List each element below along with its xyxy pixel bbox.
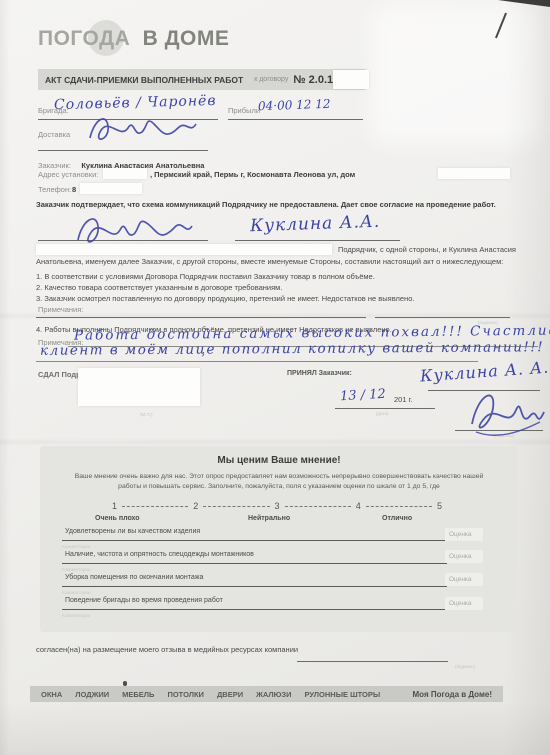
footer-category-bar: ОКНА ЛОДЖИИ МЕБЕЛЬ ПОТОЛКИ ДВЕРИ ЖАЛЮЗИ … [30,686,503,702]
survey-line-1 [62,540,447,541]
address-label: Адрес установки: [38,170,98,179]
delivery-signature [82,106,202,151]
footer-item-okna: ОКНА [41,690,62,699]
accepted-label: ПРИНЯЛ Заказчик: [287,370,352,377]
act-title-bar: АКТ СДАЧИ-ПРИЕМКИ ВЫПОЛНЕННЫХ РАБОТ к до… [38,69,365,90]
survey-question-4: Поведение бригады во время проведения ра… [65,597,223,604]
feedback-survey-panel: Мы ценим Ваше мнение! Ваше мнение очень … [40,446,518,632]
logo-word-1: ПОГОДА [38,27,130,50]
scan-bottom-shadow [0,700,550,755]
act-item-3: 3. Заказчик осмотрел поставленную по дог… [36,293,526,304]
arrived-label: Прибыли [228,106,260,115]
footer-item-mebel: МЕБЕЛЬ [122,690,154,699]
survey-intro: Ваше мнение очень важно для нас. Этот оп… [64,472,494,491]
date-year: 201 г. [394,395,413,404]
scale-dash [285,506,351,507]
customer-label: Заказчик: [38,161,71,170]
score-placeholder-2: Оценка [449,553,472,560]
scale-number-2: 2 [193,501,198,511]
date-handwritten: 13 / 12 [340,387,386,404]
redaction-address-2 [438,168,510,179]
consent-text: согласен(на) на размещение моего отзыва … [36,645,298,654]
footer-slogan: Моя Погода в Доме! [413,690,492,699]
survey-line-4 [62,609,447,610]
survey-question-1: Удовлетворены ли вы качеством изделия [65,528,200,535]
footer-item-shtory: РУЛОННЫЕ ШТОРЫ [304,690,380,699]
review-line-2 [36,361,478,362]
comment-hint-4: Комментарии [62,613,90,618]
rating-scale: 1 2 3 4 5 [112,501,442,511]
score-box-3: Оценка [445,573,483,586]
survey-line-3 [62,586,447,587]
scan-left-shadow [0,0,10,755]
notes-label-1: Примечания: [38,305,83,314]
score-box-2: Оценка [445,550,483,563]
survey-question-2: Наличие, чистота и опрятность спецодежды… [65,551,254,558]
comment-hint-3: Комментарии [62,590,90,595]
scale-dash [203,506,269,507]
delivery-label: Доставка [38,130,70,139]
scale-number-1: 1 [112,501,117,511]
score-placeholder-1: Оценка [449,531,472,538]
score-placeholder-3: Оценка [449,576,472,583]
address-value: , Пермский край, Пермь г, Космонавта Лео… [150,170,355,179]
scale-number-4: 4 [356,501,361,511]
redaction-address-1 [103,168,147,179]
act-items: 1. В соответствии с условиями Договора П… [36,271,526,305]
score-box-1: Оценка [445,528,483,541]
contract-label: к договору [254,76,288,83]
consent-sign-line [297,661,448,662]
redaction-phone [80,183,142,194]
scan-corner-edge [498,0,550,7]
footer-item-potolki: ПОТОЛКИ [167,690,204,699]
scale-number-5: 5 [437,501,442,511]
phone-label: Телефон: [38,185,71,194]
score-placeholder-4: Оценка [449,600,472,607]
scale-dash [122,506,188,507]
customer-signature-name: Куклина А.А. [250,212,381,237]
redaction-contractor-signature [78,368,200,406]
footer-item-zhalyuzi: ЖАЛЮЗИ [256,690,291,699]
sign-caption-consent: (подпись) [455,664,475,669]
arrived-handwritten: 04·00 12 12 [258,97,331,114]
company-logo: ПОГОДА В ДОМЕ [38,27,229,51]
customer-signature-scribble [68,206,198,254]
comment-hint-2: Комментарии [62,567,90,572]
scale-label-bad: Очень плохо [95,515,140,522]
act-item-2: 2. Качество товара соответствует указанн… [36,282,526,293]
scale-label-neutral: Нейтрально [248,515,290,522]
survey-line-2 [62,563,447,564]
act-item-1: 1. В соответствии с условиями Договора П… [36,271,526,282]
phone-prefix: 8 [72,185,76,194]
scale-dash [366,506,432,507]
comment-hint-1: Комментарии [62,544,90,549]
notes-line-long [36,317,366,318]
review-handwritten-line2: клиент в моём лице пополнил копилку ваше… [40,339,544,359]
scanned-act-document: ПОГОДА В ДОМЕ АКТ СДАЧИ-ПРИЕМКИ ВЫПОЛНЕН… [0,0,550,755]
score-box-4: Оценка [445,597,483,610]
footer-item-dveri: ДВЕРИ [217,690,243,699]
scale-number-3: 3 [275,501,280,511]
scale-label-great: Отлично [382,515,412,522]
survey-title: Мы ценим Ваше мнение! [40,455,518,466]
accepted-signature-scribble [460,380,548,442]
act-title: АКТ СДАЧИ-ПРИЕМКИ ВЫПОЛНЕННЫХ РАБОТ [45,75,243,85]
survey-question-3: Уборка помещения по окончании монтажа [65,574,203,581]
logo-word-2: В ДОМЕ [143,27,230,50]
arrived-line [228,119,363,120]
stamp-caption: (М.П.) [140,412,152,417]
signature-line-right [235,240,400,241]
redaction-contract-number [333,70,369,89]
date-line [335,408,435,409]
notes-line-short [375,317,510,318]
date-caption: (дата) [376,411,389,416]
footer-item-lodzhii: ЛОДЖИИ [75,690,109,699]
